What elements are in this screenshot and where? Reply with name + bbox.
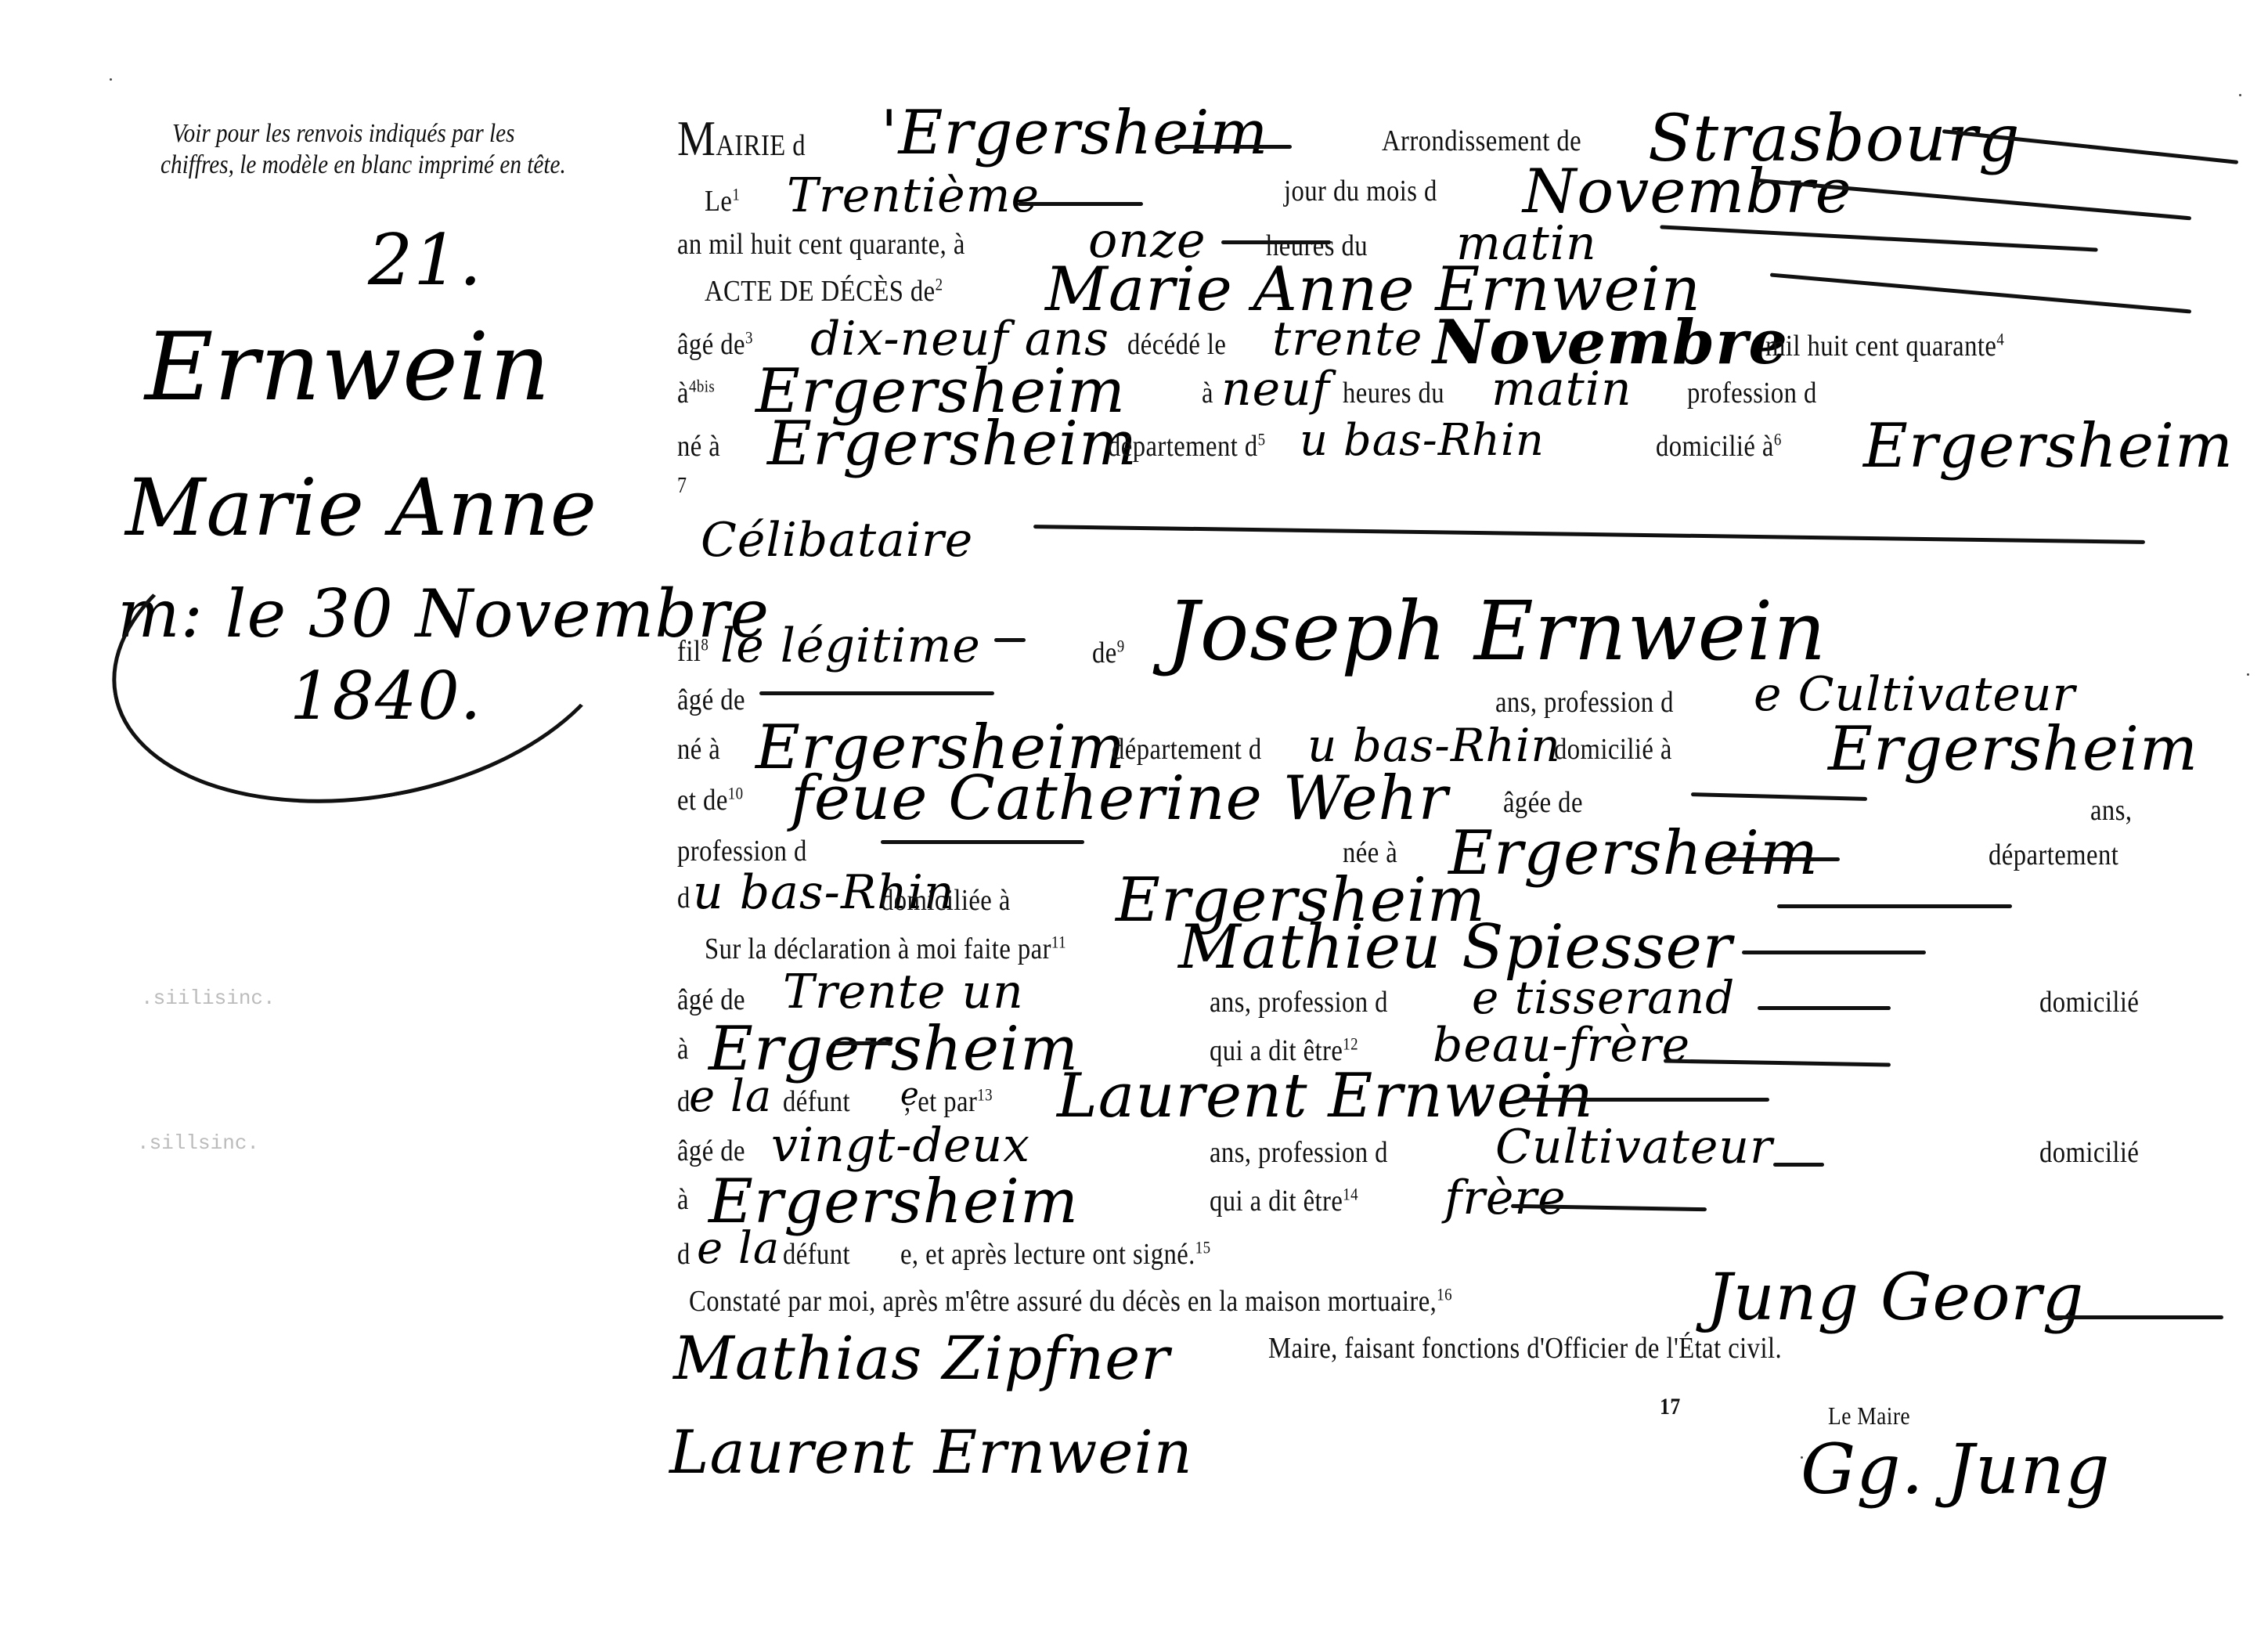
father-ans-label: ans, profession d [1495, 685, 1674, 720]
born-value: Ergersheim [767, 409, 1138, 479]
bleed-through-text: .siilisinc. [141, 987, 276, 1010]
officer-title: Maire, faisant fonctions d'Officier de l… [1268, 1331, 1782, 1365]
death-year-label: mil huit cent quarante4 [1765, 329, 2004, 363]
declarant2-of-value: e la [697, 1223, 780, 1274]
fill-line [2051, 1315, 2223, 1319]
hour2-suffix: heures du [1343, 376, 1444, 410]
closing-statement: e, et après lecture ont signé.15 [900, 1237, 1211, 1272]
profession-label: profession d [1687, 376, 1817, 410]
period2-value: matin [1491, 362, 1632, 417]
day-value: Trentième [787, 168, 1040, 223]
hour2-value: neuf [1221, 362, 1330, 417]
margin-surname: Ernwein [145, 313, 551, 422]
declarant2-relation-value: frère [1444, 1171, 1567, 1225]
acte-label: ACTE DE DÉCÈS de2 [705, 274, 943, 308]
scan-speck [1801, 1456, 1803, 1459]
father-de-label: de9 [1092, 636, 1125, 670]
fill-line [881, 840, 1084, 844]
deceased-label: décédé le [1127, 327, 1226, 362]
fill-line [1691, 792, 1867, 801]
fill-line [1519, 1098, 1769, 1102]
mother-profession-label: profession d [677, 834, 807, 868]
declarant2-age-value: vingt-deux [771, 1118, 1030, 1173]
margin-instruction-line-2: chiffres, le modèle en blanc imprimé en … [160, 150, 566, 180]
declarant2-place-prefix: à [677, 1182, 689, 1217]
bleed-through-text: .sillsinc. [137, 1131, 259, 1155]
witness-signature-2: Laurent Ernwein [669, 1417, 1193, 1487]
defunt-label: défunt [783, 1084, 850, 1119]
domicile-value: Ergersheim [1863, 411, 2234, 482]
witness-signature-1: Mathias Zipfner [673, 1323, 1170, 1393]
mayor-signature: Gg. Jung [1801, 1429, 2111, 1510]
mother-label: et de10 [677, 783, 744, 817]
fill-line [1660, 225, 2097, 251]
filiation-label: fil8 [677, 634, 709, 669]
fill-line [1722, 857, 1840, 861]
mother-name: feue Catherine Wehr [791, 763, 1448, 834]
father-born-label: né à [677, 732, 720, 767]
fill-line [834, 1041, 892, 1045]
declarant1-age-label: âgé de [677, 983, 745, 1017]
declarant2-age-label: âgé de [677, 1134, 745, 1168]
filiation-value: le légitime [720, 619, 981, 673]
mother-ans-label: ans, [2090, 793, 2132, 828]
fill-line [1742, 951, 1926, 954]
declarant1-ans-label: ans, profession d [1210, 985, 1388, 1019]
fill-line [1758, 1006, 1891, 1010]
dash [994, 638, 1026, 642]
mother-dept-prefix: d [677, 881, 690, 915]
declarant1-of-value: e la [689, 1071, 772, 1122]
declarant2-ans-label: ans, profession d [1210, 1135, 1388, 1170]
fill-line [1770, 272, 2191, 313]
dept-label: département d5 [1108, 429, 1265, 464]
day-label: Le1 [705, 184, 740, 218]
scan-speck [110, 78, 112, 81]
status-value: Célibataire [701, 513, 973, 568]
mother-domicile-label: domiciliée à [881, 883, 1011, 918]
declarant1-domicile-label: domicilié [2039, 985, 2139, 1019]
scan-speck [2239, 94, 2241, 96]
father-domicile-value: Ergersheim [1828, 714, 2198, 785]
mayor-label: Le Maire [1828, 1402, 1910, 1430]
declarant2-relation-label: qui a dit être14 [1210, 1184, 1358, 1218]
born-label: né à [677, 429, 720, 464]
mairie-label: MAIRIE d [677, 110, 806, 168]
declarant2-defunt-label: défunt [783, 1237, 850, 1272]
status-ref: 7 [677, 474, 687, 499]
fill-line [1033, 525, 2145, 544]
declarant2-profession: Cultivateur [1495, 1120, 1773, 1174]
domicile-label: domicilié à6 [1656, 429, 1782, 464]
fill-line [1018, 202, 1143, 206]
father-domicile-label: domicilié à [1554, 732, 1672, 767]
et-par-label: , et par13 [904, 1084, 993, 1119]
year-label: an mil huit cent quarante, à [677, 227, 965, 262]
mother-born-value: Ergersheim [1448, 818, 1819, 889]
fill-line [1664, 1059, 1891, 1066]
month-label: jour du mois d [1284, 174, 1437, 208]
declaration-intro: Sur la déclaration à moi faite par11 [705, 932, 1066, 966]
mother-age-label: âgée de [1503, 785, 1583, 820]
scan-speck [2247, 673, 2249, 676]
declarant1-age-value: Trente un [783, 965, 1024, 1019]
hour2-label: à [1202, 376, 1213, 410]
fill-line [759, 691, 994, 695]
mother-dept-label: département [1989, 838, 2118, 872]
declarant2-of-prefix: d [677, 1237, 690, 1272]
note-ref-17: 17 [1660, 1394, 1681, 1420]
declarant1-profession: e tisserand [1472, 971, 1735, 1024]
record-number: 21. [368, 219, 482, 301]
certification-text: Constaté par moi, après m'être assuré du… [689, 1284, 1452, 1319]
commune-value: 'Ergersheim [881, 98, 1268, 168]
officer-signature: Jung Georg [1707, 1261, 2084, 1335]
father-name: Joseph Ernwein [1166, 583, 1826, 679]
arrondissement-label: Arrondissement de [1382, 124, 1581, 158]
dept-value: u bas-Rhin [1300, 415, 1545, 466]
age-label: âgé de3 [677, 327, 753, 362]
place-label: à4bis [677, 376, 715, 410]
declarant1-place-prefix: à [677, 1032, 689, 1066]
fill-line [1174, 145, 1292, 149]
margin-instruction-line-1: Voir pour les renvois indiqués par les [172, 119, 515, 149]
declarant2-domicile-label: domicilié [2039, 1135, 2139, 1170]
father-dept-label: département d [1112, 732, 1262, 767]
fill-line [1773, 1163, 1824, 1167]
death-day: trente [1272, 312, 1423, 366]
fill-line [1777, 904, 2012, 908]
father-age-label: âgé de [677, 683, 745, 717]
